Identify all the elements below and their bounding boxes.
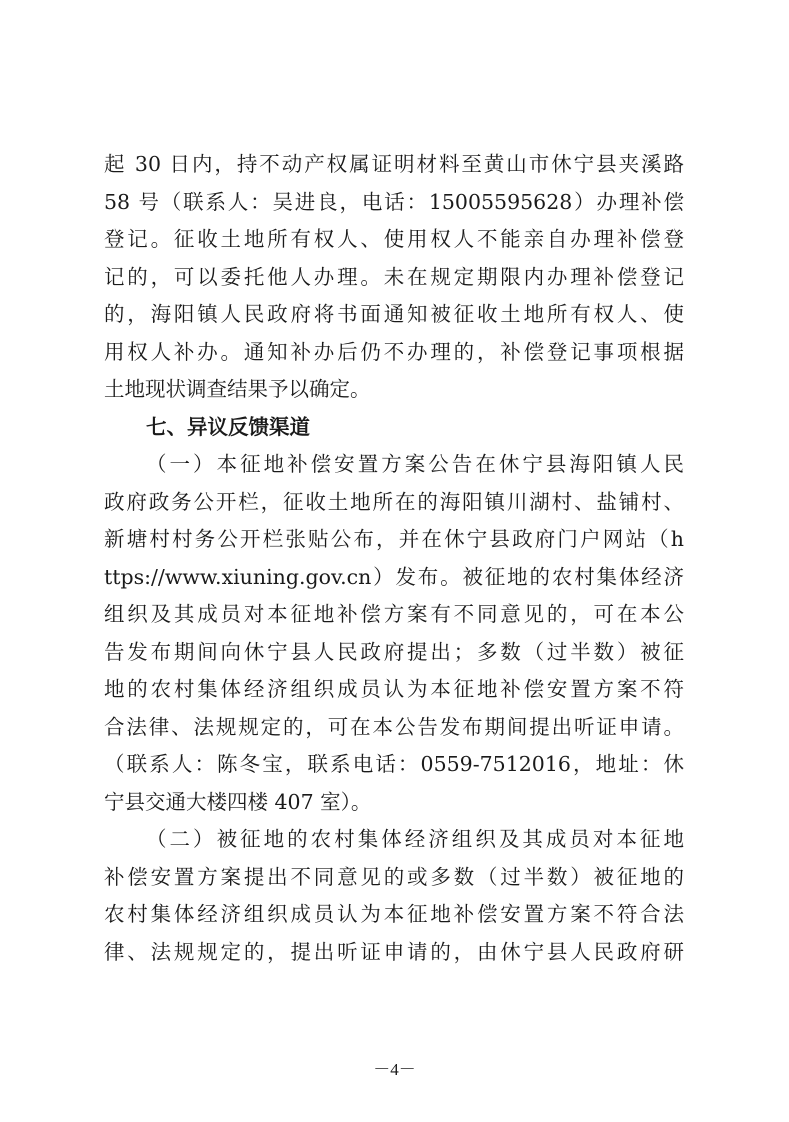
paragraph-objection-channel-1: （一）本征地补偿安置方案公告在休宁县海阳镇人民 政府政务公开栏，征收土地所在的海…	[104, 446, 684, 821]
text-line: 记的，可以委托他人办理。未在规定期限内办理补偿登记	[104, 259, 684, 297]
page-number: －4－	[0, 1055, 789, 1080]
text-line: 的，海阳镇人民政府将书面通知被征收土地所有权人、使	[104, 296, 684, 334]
text-line: 地的农村集体经济组织成员认为本征地补偿安置方案不符	[104, 671, 684, 709]
text-line: 组织及其成员对本征地补偿方案有不同意见的，可在本公	[104, 596, 684, 634]
text-line: （二）被征地的农村集体经济组织及其成员对本征地	[104, 821, 684, 859]
text-line: （联系人：陈冬宝，联系电话：0559-7512016，地址：休	[104, 746, 684, 784]
text-line: 合法律、法规规定的，可在本公告发布期间提出听证申请。	[104, 709, 684, 747]
section-heading: 七、异议反馈渠道	[104, 409, 684, 447]
paragraph-objection-channel-2: （二）被征地的农村集体经济组织及其成员对本征地 补偿安置方案提出不同意见的或多数…	[104, 821, 684, 971]
text-line: 起 30 日内，持不动产权属证明材料至黄山市休宁县夹溪路	[104, 146, 684, 184]
text-line: 58 号（联系人：吴进良，电话：15005595628）办理补偿	[104, 184, 684, 222]
text-line: 登记。征收土地所有权人、使用权人不能亲自办理补偿登	[104, 221, 684, 259]
text-line: 补偿安置方案提出不同意见的或多数（过半数）被征地的	[104, 859, 684, 897]
text-line: （一）本征地补偿安置方案公告在休宁县海阳镇人民	[104, 446, 684, 484]
text-line: 用权人补办。通知补办后仍不办理的，补偿登记事项根据	[104, 334, 684, 372]
text-line: 新塘村村务公开栏张贴公布，并在休宁县政府门户网站（h	[104, 521, 684, 559]
text-line: 告发布期间向休宁县人民政府提出；多数（过半数）被征	[104, 634, 684, 672]
text-line: 政府政务公开栏，征收土地所在的海阳镇川湖村、盐铺村、	[104, 484, 684, 522]
document-page: 起 30 日内，持不动产权属证明材料至黄山市休宁县夹溪路 58 号（联系人：吴进…	[0, 0, 789, 1122]
text-line: 律、法规规定的，提出听证申请的，由休宁县人民政府研	[104, 934, 684, 972]
text-line: 宁县交通大楼四楼 407 室）。	[104, 784, 684, 822]
text-line: ttps://www.xiuning.gov.cn）发布。被征地的农村集体经济	[104, 559, 684, 597]
document-body: 起 30 日内，持不动产权属证明材料至黄山市休宁县夹溪路 58 号（联系人：吴进…	[104, 146, 684, 971]
text-line: 土地现状调查结果予以确定。	[104, 371, 684, 409]
text-line: 农村集体经济组织成员认为本征地补偿安置方案不符合法	[104, 896, 684, 934]
